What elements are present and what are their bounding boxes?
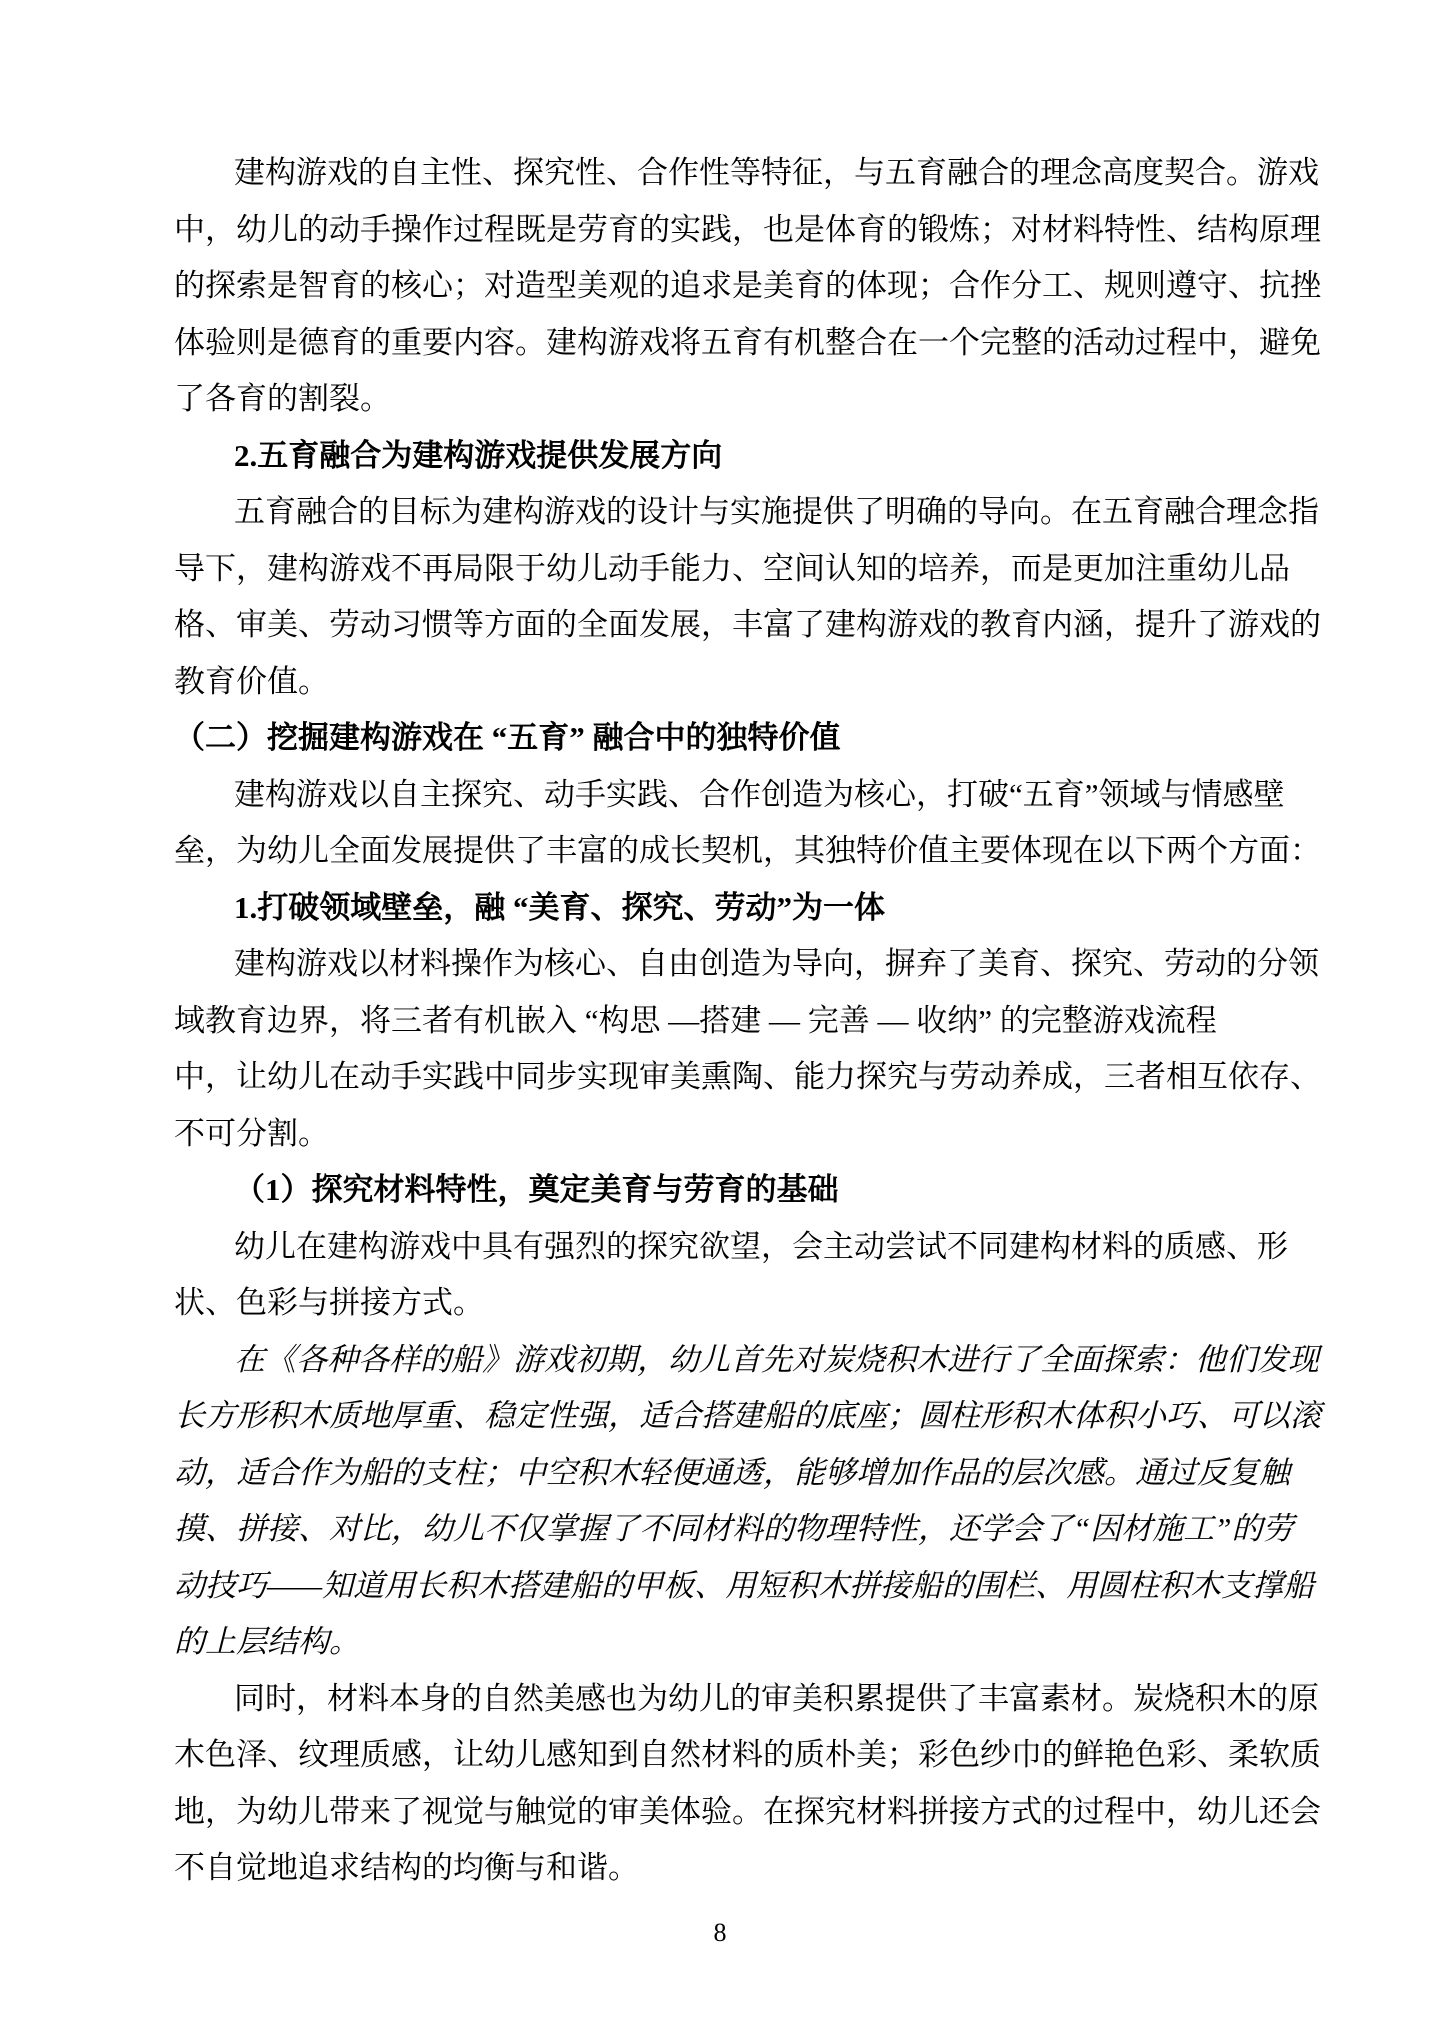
text-line: 的上层结构。 bbox=[174, 1621, 1254, 1678]
text-line: 五育融合的目标为建构游戏的设计与实施提供了明确的导向。在五育融合理念指 bbox=[174, 491, 1254, 548]
text-line: 在《各种各样的船》游戏初期，幼儿首先对炭烧积木进行了全面探索：他们发现 bbox=[174, 1339, 1254, 1396]
text-line: 不自觉地追求结构的均衡与和谐。 bbox=[174, 1847, 1254, 1904]
text-line: 动技巧——知道用长积木搭建船的甲板、用短积木拼接船的围栏、用圆柱积木支撑船 bbox=[174, 1565, 1254, 1622]
section-heading: （二）挖掘建构游戏在 “五育” 融合中的独特价值 bbox=[174, 717, 1254, 774]
text-line: 体验则是德育的重要内容。建构游戏将五育有机整合在一个完整的活动过程中，避免 bbox=[174, 322, 1254, 379]
text-line: 了各育的割裂。 bbox=[174, 378, 1254, 435]
text-line: 建构游戏的自主性、探究性、合作性等特征，与五育融合的理念高度契合。游戏 bbox=[174, 152, 1254, 209]
text-line: 长方形积木质地厚重、稳定性强，适合搭建船的底座；圆柱形积木体积小巧、可以滚 bbox=[174, 1395, 1254, 1452]
text-line: 动，适合作为船的支柱；中空积木轻便通透，能够增加作品的层次感。通过反复触 bbox=[174, 1452, 1254, 1509]
text-line: 中，幼儿的动手操作过程既是劳育的实践，也是体育的锻炼；对材料特性、结构原理 bbox=[174, 209, 1254, 266]
text-line: 格、审美、劳动习惯等方面的全面发展，丰富了建构游戏的教育内涵，提升了游戏的 bbox=[174, 604, 1254, 661]
text-line: 同时，材料本身的自然美感也为幼儿的审美积累提供了丰富素材。炭烧积木的原 bbox=[174, 1678, 1254, 1735]
text-line: 木色泽、纹理质感，让幼儿感知到自然材料的质朴美；彩色纱巾的鲜艳色彩、柔软质 bbox=[174, 1734, 1254, 1791]
text-line: 垒，为幼儿全面发展提供了丰富的成长契机，其独特价值主要体现在以下两个方面： bbox=[174, 830, 1254, 887]
text-line: 的探索是智育的核心；对造型美观的追求是美育的体现；合作分工、规则遵守、抗挫 bbox=[174, 265, 1254, 322]
text-line: 教育价值。 bbox=[174, 661, 1254, 718]
section-heading: 2.五育融合为建构游戏提供发展方向 bbox=[174, 435, 1254, 492]
text-line: 摸、拼接、对比，幼儿不仅掌握了不同材料的物理特性，还学会了“因材施工”的劳 bbox=[174, 1508, 1254, 1565]
text-line: 建构游戏以材料操作为核心、自由创造为导向，摒弃了美育、探究、劳动的分领 bbox=[174, 943, 1254, 1000]
text-line: 不可分割。 bbox=[174, 1113, 1254, 1170]
page-body: 建构游戏的自主性、探究性、合作性等特征，与五育融合的理念高度契合。游戏中，幼儿的… bbox=[174, 152, 1254, 1904]
text-line: 状、色彩与拼接方式。 bbox=[174, 1282, 1254, 1339]
section-heading: （1）探究材料特性，奠定美育与劳育的基础 bbox=[174, 1169, 1254, 1226]
document-page: 建构游戏的自主性、探究性、合作性等特征，与五育融合的理念高度契合。游戏中，幼儿的… bbox=[0, 0, 1440, 2036]
text-line: 中，让幼儿在动手实践中同步实现审美熏陶、能力探究与劳动养成，三者相互依存、 bbox=[174, 1056, 1254, 1113]
text-line: 地，为幼儿带来了视觉与触觉的审美体验。在探究材料拼接方式的过程中，幼儿还会 bbox=[174, 1791, 1254, 1848]
text-line: 域教育边界，将三者有机嵌入 “构思 —搭建 — 完善 — 收纳” 的完整游戏流程 bbox=[174, 1000, 1254, 1057]
section-heading: 1.打破领域壁垒，融 “美育、探究、劳动”为一体 bbox=[174, 887, 1254, 944]
text-line: 建构游戏以自主探究、动手实践、合作创造为核心，打破“五育”领域与情感壁 bbox=[174, 774, 1254, 831]
text-line: 幼儿在建构游戏中具有强烈的探究欲望，会主动尝试不同建构材料的质感、形 bbox=[174, 1226, 1254, 1283]
text-line: 导下，建构游戏不再局限于幼儿动手能力、空间认知的培养，而是更加注重幼儿品 bbox=[174, 548, 1254, 605]
page-number: 8 bbox=[0, 1918, 1440, 1948]
